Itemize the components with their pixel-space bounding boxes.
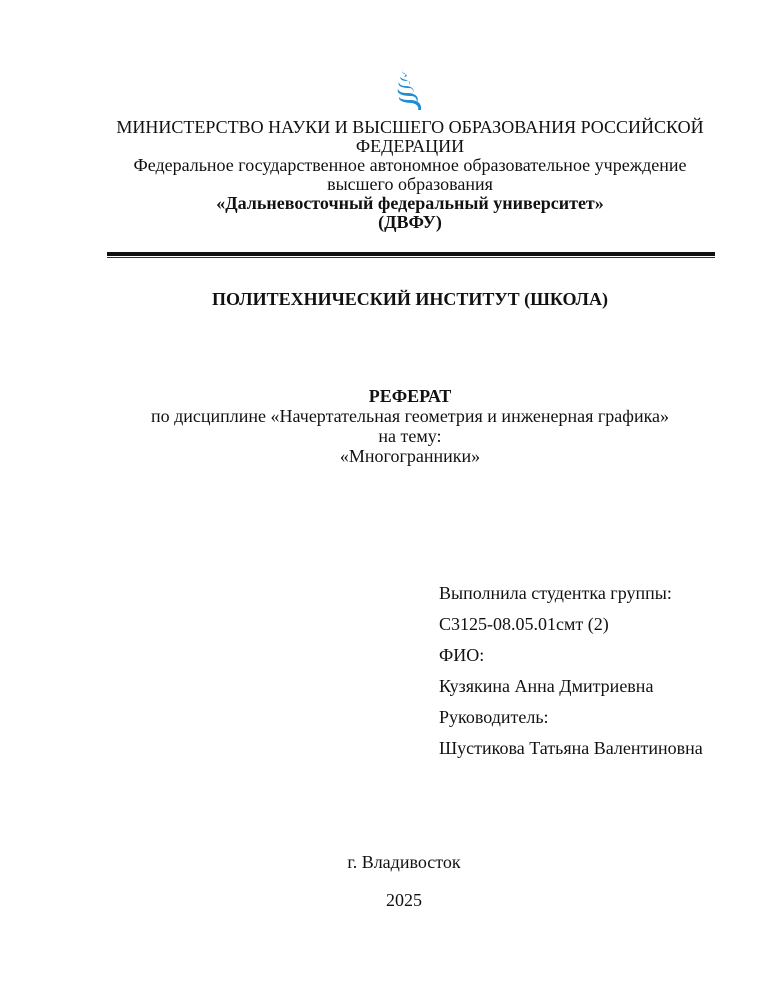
title-block: РЕФЕРАТ по дисциплине «Начертательная ге… bbox=[100, 386, 720, 466]
performed-by-label: Выполнила студентка группы: bbox=[439, 583, 703, 603]
student-group: С3125-08.05.01смт (2) bbox=[439, 614, 703, 634]
institution-line-2: высшего образования bbox=[100, 175, 720, 194]
institute-name: ПОЛИТЕХНИЧЕСКИЙ ИНСТИТУТ (ШКОЛА) bbox=[100, 289, 720, 309]
topic: «Многогранники» bbox=[100, 446, 720, 466]
year: 2025 bbox=[100, 890, 708, 910]
discipline: по дисциплине «Начертательная геометрия … bbox=[100, 406, 720, 426]
city: г. Владивосток bbox=[100, 852, 708, 872]
ministry-line-1: МИНИСТЕРСТВО НАУКИ И ВЫСШЕГО ОБРАЗОВАНИЯ… bbox=[100, 118, 720, 137]
topic-label: на тему: bbox=[100, 426, 720, 446]
supervisor-name: Шустикова Татьяна Валентиновна bbox=[439, 738, 703, 758]
ministry-line-2: ФЕДЕРАЦИИ bbox=[100, 137, 720, 156]
university-name: «Дальневосточный федеральный университет… bbox=[100, 194, 720, 213]
header-divider bbox=[107, 252, 715, 258]
university-logo-icon bbox=[396, 67, 422, 111]
author-block: Выполнила студентка группы: С3125-08.05.… bbox=[439, 583, 703, 769]
supervisor-label: Руководитель: bbox=[439, 707, 703, 727]
document-type: РЕФЕРАТ bbox=[100, 386, 720, 406]
university-abbr: (ДВФУ) bbox=[100, 213, 720, 232]
institution-line-1: Федеральное государственное автономное о… bbox=[100, 156, 720, 175]
name-label: ФИО: bbox=[439, 645, 703, 665]
student-name: Кузякина Анна Дмитриевна bbox=[439, 676, 703, 696]
ministry-header: МИНИСТЕРСТВО НАУКИ И ВЫСШЕГО ОБРАЗОВАНИЯ… bbox=[100, 118, 720, 232]
title-page: МИНИСТЕРСТВО НАУКИ И ВЫСШЕГО ОБРАЗОВАНИЯ… bbox=[0, 0, 768, 994]
